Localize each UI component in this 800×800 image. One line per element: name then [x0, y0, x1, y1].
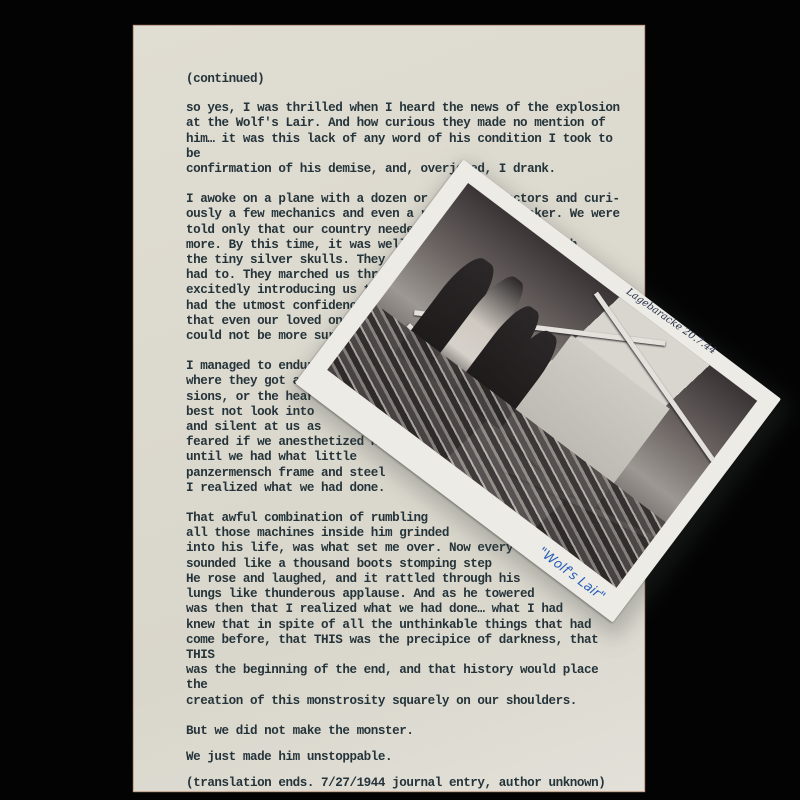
closing-line-2: We just made him unstoppable. [186, 750, 626, 765]
continued-heading: (continued) [186, 72, 626, 87]
paragraph-1: so yes, I was thrilled when I heard the … [186, 101, 626, 177]
closing-line-3: (translation ends. 7/27/1944 journal ent… [186, 776, 626, 791]
closing-line-1: But we did not make the monster. [186, 724, 626, 739]
